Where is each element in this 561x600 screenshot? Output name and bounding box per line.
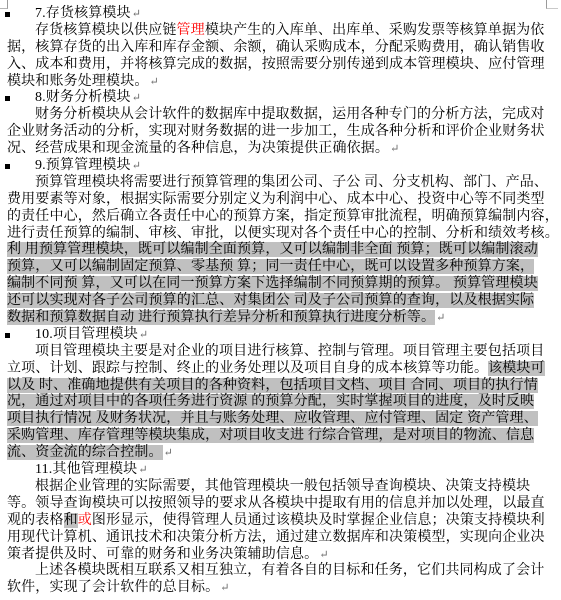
text-line: 项目执行情况 及财务状况，并且与账务处理、应收管理、应付管理、固定 资产管理、 [7,411,559,428]
text-line: 以及 时、准确地提供有关项目的各种资料，包括项目文档、项目 合同、项目的执行情 [7,378,559,395]
paragraph-mark-icon: ↵ [150,76,159,88]
paragraph-mark-icon: ↵ [164,447,173,459]
highlighted-text-run: 数据和预算数据自动 进行预算执行差异分析和预算执行进度分析等。 [7,310,435,325]
text-run: 图形显示，使得管理人员通过该模块及时掌握企业信息；决策支持模块利 [92,513,545,528]
highlighted-text-run: 和 [64,513,78,528]
text-run: 项目管理模块主要是对企业的项目进行核算、控制与管理。项目管理主要包括项目 [35,344,544,359]
paragraph-mark-icon: ↵ [132,8,141,20]
text-run: 9.预算管理模块 [35,158,131,173]
text-run: 根据企业管理的实际需要，其他管理模块一般包括领导查询模块、决策支持模块 [35,479,530,494]
text-run: 费用要素等对象，根据实际需要分别定义为利润中心、成本中心、投资中心等不同类型 [7,192,545,207]
text-run: 存货核算模块以供应链 [35,23,177,38]
text-run: 况、经营成果和现金流量的各种信息，为决策提供正确依据。 [7,141,389,156]
text-line: 况，通过对项目中的各项任务进行资源 的预算分配，实时掌握项目的进度，及时反映 [7,394,559,411]
document-text-area[interactable]: 7.存货核算模块↵存货核算模块以供应链管理模块产生的入库单、出库单、采购发票等核… [7,6,559,597]
text-line: 7.存货核算模块↵ [7,6,559,23]
text-run: 企业财务活动的分析，实现对财务数据的进一步加工，生成各种分析和评价企业财务状 [7,124,545,139]
text-line: 项目管理模块主要是对企业的项目进行核算、控制与管理。项目管理主要包括项目 [7,344,559,361]
text-line: 入、成本和费用，并将核算完成的数据，按照需要分别传递到成本管理模块、应付管理 [7,57,559,74]
revision-text-run: 管理 [177,23,205,38]
text-run: 进行责任预算的编制、审核、审批，以便实现对各个责任中心的控制、分析和绩效考核。 [7,226,559,241]
paragraph-mark-icon: ↵ [132,92,141,104]
text-line: 上述各模块既相互联系又相互独立，有着各自的目标和任务，它们共同构成了会计 [7,563,559,580]
highlighted-text-run: 还可以实现对各子公司预算的汇总、对集团公 司及子公司预算的查询，以及根据实际 [7,293,534,308]
text-line: 存货核算模块以供应链管理模块产生的入库单、出库单、采购发票等核算单据为依 [7,23,559,40]
text-line: 采购管理、库存管理等模块集成，对项目收支进 行综合管理，是对项目的物流、信息 [7,428,559,445]
text-line: 流、资金流的综合控制。↵ [7,445,559,462]
highlighted-text-run: 利 用预算管理模块，既可以编制全面预算，又可以编制非全面 预算；既可以编制滚动 [7,242,538,257]
text-run: 等。领导查询模块可以按照领导的要求从各模块中提取有用的信息并加以处理，以最直 [7,496,545,511]
highlighted-text-run: 预算，又可以编制固定预算、零基预 算；同一责任中心，既可以设置多种预算方案， [7,259,534,274]
text-run: 10.项目管理模块 [35,327,138,342]
list-bullet-icon [5,164,10,169]
list-bullet-icon [5,333,10,338]
text-line: 根据企业管理的实际需要，其他管理模块一般包括领导查询模块、决策支持模块 [7,479,559,496]
text-run: 8.财务分析模块 [35,90,131,105]
highlighted-text-run: 该模块可 [488,361,545,376]
text-run: 7.存货核算模块 [35,6,131,21]
text-run: 11.其他管理模块 [35,462,137,477]
text-line: 预算，又可以编制固定预算、零基预 算；同一责任中心，既可以设置多种预算方案， [7,259,559,276]
text-run: 财务分析模块从会计软件的数据库中提取数据，运用各种专门的分析方法，完成对 [35,107,544,122]
paragraph-mark-icon: ↵ [220,582,229,594]
paragraph-mark-icon: ↵ [132,160,141,172]
paragraph-mark-icon: ↵ [138,464,147,476]
text-line: 立项、计划、跟踪与控制、终止的业务处理以及项目自身的成本核算等功能。该模块可 [7,361,559,378]
text-run: 用现代计算机、通讯技术和决策分析方法，通过建立数据库和决策模型，实现向企业决 [7,530,545,545]
text-run: 的责任中心，然后确立各责任中心的预算方案，指定预算审批流程，明确预算编制内容， [7,209,559,224]
text-line: 费用要素等对象，根据实际需要分别定义为利润中心、成本中心、投资中心等不同类型 [7,192,559,209]
paragraph-mark-icon: ↵ [390,143,399,155]
text-run: 策者提供及时、可靠的财务和业务决策辅助信息。 [7,547,318,562]
text-line: 等。领导查询模块可以按照领导的要求从各模块中提取有用的信息并加以处理，以最直 [7,496,559,513]
document-page[interactable]: 7.存货核算模块↵存货核算模块以供应链管理模块产生的入库单、出库单、采购发票等核… [0,0,561,600]
text-line: 还可以实现对各子公司预算的汇总、对集团公 司及子公司预算的查询，以及根据实际 [7,293,559,310]
text-line: 数据和预算数据自动 进行预算执行差异分析和预算执行进度分析等。↵ [7,310,559,327]
revision-text-run: 或 [78,513,92,528]
text-line: 9.预算管理模块↵ [7,158,559,175]
paragraph-mark-icon: ↵ [436,312,445,324]
text-run: 据，核算存货的出入库和库存金额、余额，确认采购成本，分配采购费用，确认销售收 [7,40,545,55]
text-run: 预算管理模块将需要进行预算管理的集团公司、子公 司、分支机构、部门、产品、 [35,175,548,190]
text-line: 的责任中心，然后确立各责任中心的预算方案，指定预算审批流程，明确预算编制内容， [7,209,559,226]
text-run: 模块和账务处理模块。 [7,74,149,89]
text-line: 模块和账务处理模块。↵ [7,74,559,91]
text-line: 观的表格和或图形显示，使得管理人员通过该模块及时掌握企业信息；决策支持模块利 [7,513,559,530]
text-run: 入、成本和费用，并将核算完成的数据，按照需要分别传递到成本管理模块、应付管理 [7,57,545,72]
text-line: 进行责任预算的编制、审核、审批，以便实现对各个责任中心的控制、分析和绩效考核。 [7,226,559,243]
text-line: 况、经营成果和现金流量的各种信息，为决策提供正确依据。↵ [7,141,559,158]
highlighted-text-run: 项目执行情况 及财务状况，并且与账务处理、应收管理、应付管理、固定 资产管理、 [7,411,538,426]
text-line: 用现代计算机、通讯技术和决策分析方法，通过建立数据库和决策模型，实现向企业决 [7,530,559,547]
text-run: 立项、计划、跟踪与控制、终止的业务处理以及项目自身的成本核算等功能。 [7,361,488,376]
text-line: 预算管理模块将需要进行预算管理的集团公司、子公 司、分支机构、部门、产品、 [7,175,559,192]
text-line: 8.财务分析模块↵ [7,90,559,107]
text-line: 软件，实现了会计软件的总目标。↵ [7,580,559,597]
text-line: 利 用预算管理模块，既可以编制全面预算，又可以编制非全面 预算；既可以编制滚动 [7,242,559,259]
text-line: 11.其他管理模块↵ [7,462,559,479]
text-line: 策者提供及时、可靠的财务和业务决策辅助信息。↵ [7,547,559,564]
list-bullet-icon [5,96,10,101]
text-line: 10.项目管理模块↵ [7,327,559,344]
text-run: 模块产生的入库单、出库单、采购发票等核算单据为依 [205,23,545,38]
highlighted-text-run: 流、资金流的综合控制。 [7,445,163,460]
highlighted-text-run: 况，通过对项目中的各项任务进行资源 的预算分配，实时掌握项目的进度，及时反映 [7,394,534,409]
text-line: 企业财务活动的分析，实现对财务数据的进一步加工，生成各种分析和评价企业财务状 [7,124,559,141]
highlighted-text-run: 编制不同预 算，又可以在同一预算方案下选择编制不同预算期的预算。 预算管理模块 [7,276,538,291]
paragraph-mark-icon: ↵ [319,549,328,561]
highlighted-text-run: 采购管理、库存管理等模块集成，对项目收支进 行综合管理，是对项目的物流、信息 [7,428,534,443]
text-run: 观的表格 [7,513,64,528]
text-line: 据，核算存货的出入库和库存金额、余额，确认采购成本，分配采购费用，确认销售收 [7,40,559,57]
highlighted-text-run: 以及 时、准确地提供有关项目的各种资料，包括项目文档、项目 合同、项目的执行情 [7,378,538,393]
text-line: 财务分析模块从会计软件的数据库中提取数据，运用各种专门的分析方法，完成对 [7,107,559,124]
text-run: 软件，实现了会计软件的总目标。 [7,580,219,595]
paragraph-mark-icon: ↵ [139,329,148,341]
text-line: 编制不同预 算，又可以在同一预算方案下选择编制不同预算期的预算。 预算管理模块 [7,276,559,293]
list-bullet-icon [5,12,10,17]
text-run: 上述各模块既相互联系又相互独立，有着各自的目标和任务，它们共同构成了会计 [35,563,544,578]
